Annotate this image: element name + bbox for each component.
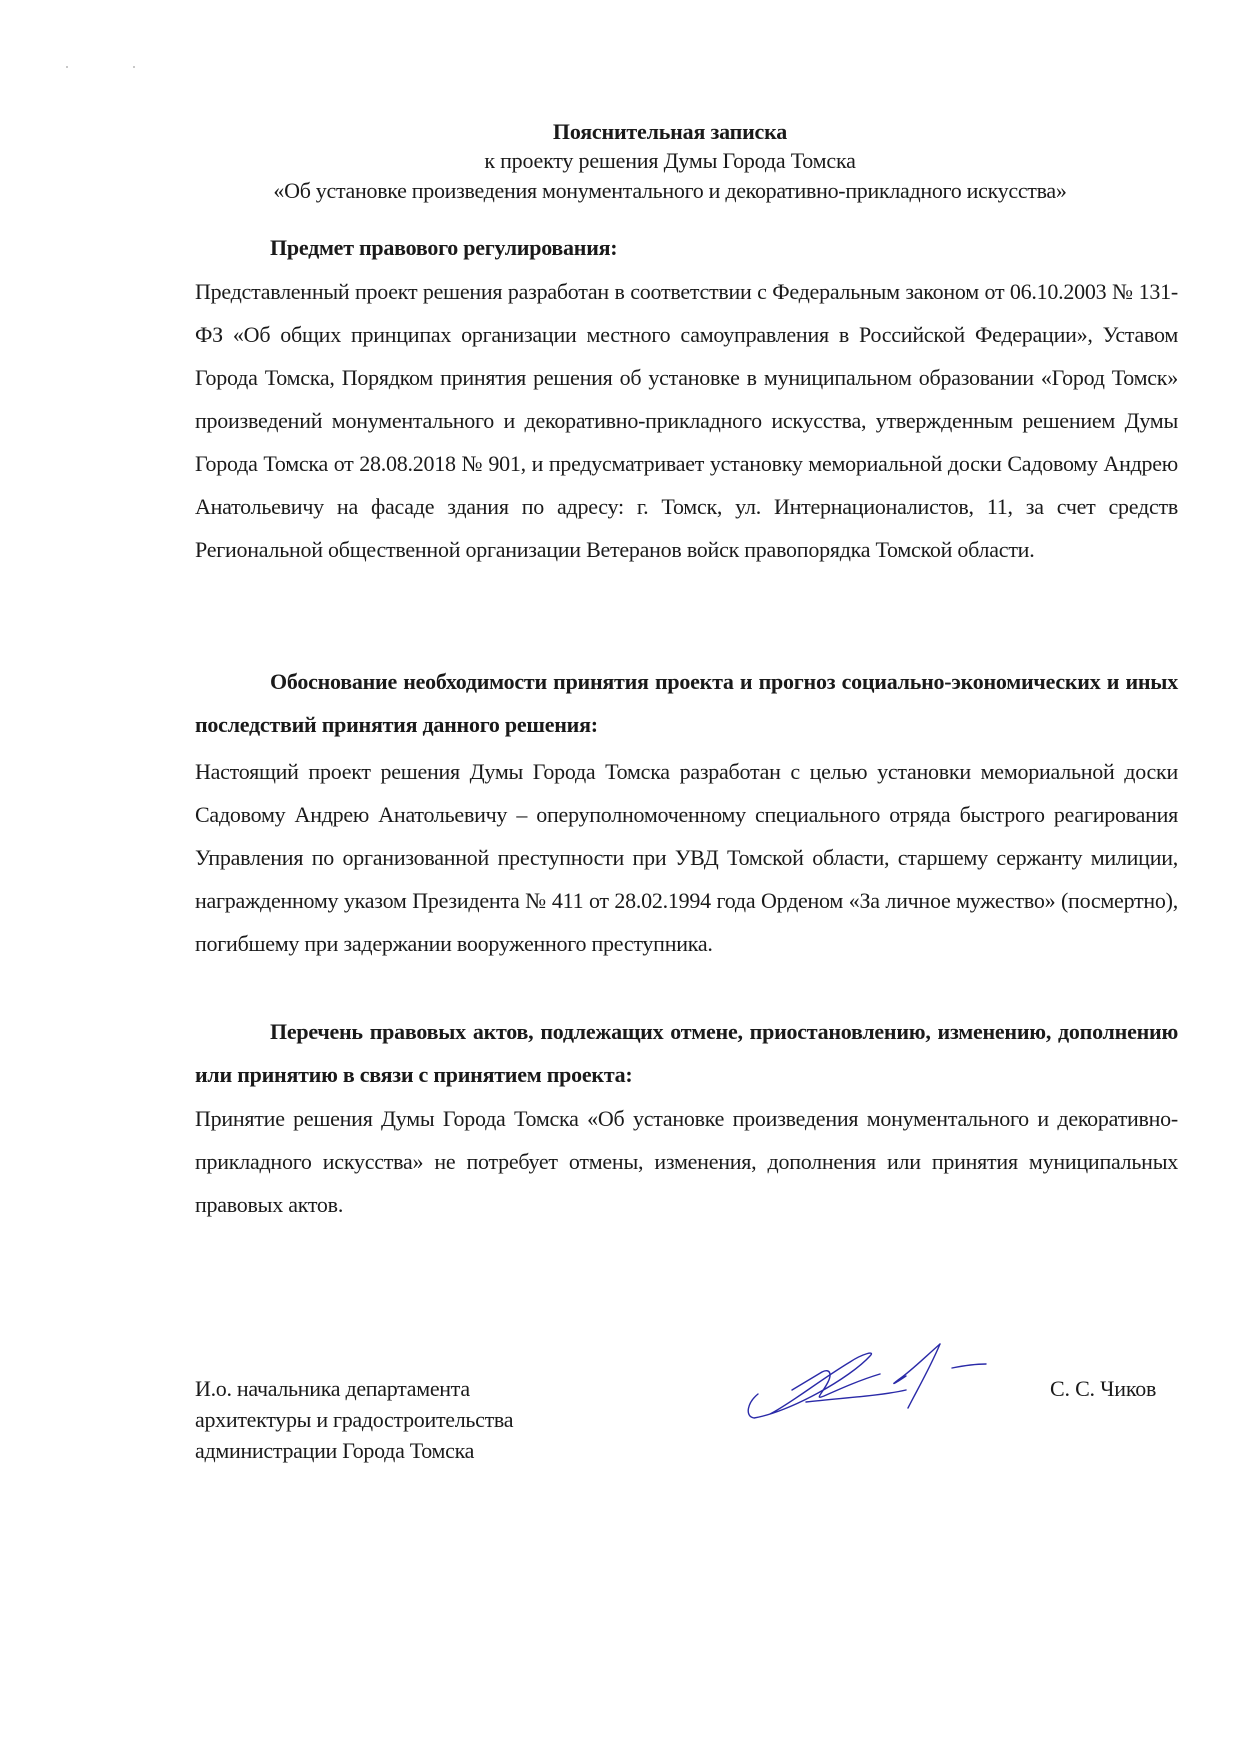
- document-title-block: Пояснительная записка к проекту решения …: [180, 118, 1160, 206]
- section-heading-legal-acts-list: Перечень правовых актов, подлежащих отме…: [195, 1010, 1178, 1096]
- section-heading-justification: Обоснование необходимости принятия проек…: [195, 660, 1178, 746]
- document-subtitle: к проекту решения Думы Города Томска: [180, 146, 1160, 176]
- handwritten-signature-icon: [730, 1338, 990, 1428]
- signatory-position-line: администрации Города Томска: [195, 1435, 513, 1466]
- section-body-legal-acts-list: Принятие решения Думы Города Томска «Об …: [195, 1097, 1178, 1226]
- section-body-justification: Настоящий проект решения Думы Города Том…: [195, 750, 1178, 965]
- section-body-subject-of-regulation: Представленный проект решения разработан…: [195, 270, 1178, 571]
- scan-speck: [66, 66, 68, 68]
- signatory-position-line: архитектуры и градостроительства: [195, 1404, 513, 1435]
- scan-speck: [133, 66, 135, 68]
- document-title: Пояснительная записка: [180, 118, 1160, 146]
- document-page: Пояснительная записка к проекту решения …: [0, 0, 1240, 1753]
- document-subject: «Об установке произведения монументально…: [180, 176, 1160, 206]
- signatory-name: С. С. Чиков: [1050, 1373, 1156, 1404]
- signatory-position-line: И.о. начальника департамента: [195, 1373, 513, 1404]
- section-heading-subject-of-regulation: Предмет правового регулирования:: [195, 226, 1178, 269]
- signatory-position: И.о. начальника департамента архитектуры…: [195, 1373, 513, 1466]
